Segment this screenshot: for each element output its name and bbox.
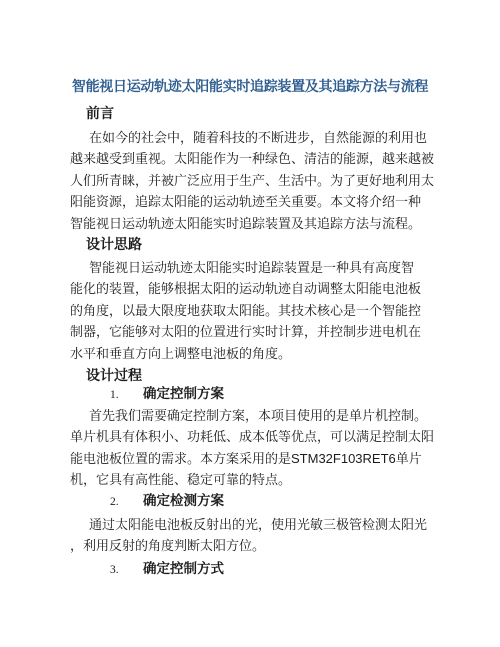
list-item-2-paragraph: 通过太阳能电池板反射出的光，使用光敏三极管检测太阳光 ，利用反射的角度判断太阳方…: [70, 514, 460, 557]
list-item-3-number: 3.: [110, 561, 143, 580]
list-item-1-number: 1.: [110, 386, 143, 405]
design-idea-paragraph: 智能视日运动轨迹太阳能实时追踪装置是一种具有高度智 能化的装置，能够根据太阳的运…: [70, 257, 460, 364]
heading-preface: 前言: [70, 104, 460, 122]
list-item-2-label: 确定检测方案: [143, 493, 224, 508]
list-item-2: 2.确定检测方案: [70, 491, 460, 512]
list-item-2-number: 2.: [110, 493, 143, 512]
document-title: 智能视日运动轨迹太阳能实时追踪装置及其追踪方法与流程: [70, 77, 430, 95]
list-item-1-paragraph: 首先我们需要确定控制方案，本项目使用的是单片机控制。 单片机具有体积小、功耗低、…: [70, 405, 460, 491]
list-item-3: 3.确定控制方式: [70, 559, 460, 580]
heading-design-idea: 设计思路: [70, 235, 460, 253]
list-item-1: 1.确定控制方案: [70, 384, 460, 405]
document-page: 智能视日运动轨迹太阳能实时追踪装置及其追踪方法与流程 前言 在如今的社会中，随着…: [0, 0, 500, 647]
preface-paragraph: 在如今的社会中，随着科技的不断进步，自然能源的利用也 越来越受到重视。太阳能作为…: [70, 127, 460, 234]
list-item-1-label: 确定控制方案: [143, 386, 224, 401]
list-item-3-label: 确定控制方式: [143, 561, 224, 576]
heading-design-process: 设计过程: [70, 366, 460, 384]
